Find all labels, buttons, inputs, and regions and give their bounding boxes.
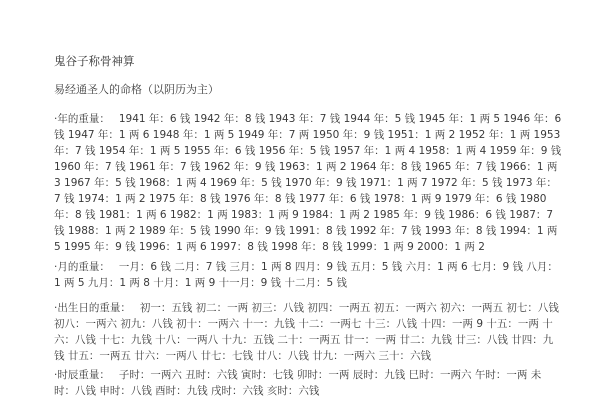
section-month-weight: ·月的重量：一月：6 钱 二月：7 钱 三月：1 两 8 四月：9 钱 五月：5… <box>54 259 562 291</box>
section-day-weight: ·出生日的重量：初一：五钱 初二：一两 初三：八钱 初四：一两五 初五：一两六 … <box>54 300 562 364</box>
section-month-content: 一月：6 钱 二月：7 钱 三月：1 两 8 四月：9 钱 五月：5 钱 六月：… <box>54 261 558 289</box>
page-subtitle: 易经通圣人的命格（以阴历为主） <box>54 82 562 98</box>
section-year-content: 1941 年：6 钱 1942 年：8 钱 1943 年：7 钱 1944 年：… <box>54 113 561 253</box>
section-hour-label: ·时辰重量： <box>54 369 110 381</box>
section-year-label: ·年的重量： <box>54 113 110 125</box>
section-hour-weight: ·时辰重量：子时：一两六 丑时：六钱 寅时：七钱 卯时：一两 辰时：九钱 巳时：… <box>54 367 562 399</box>
document-page: 鬼谷子称骨神算 易经通圣人的命格（以阴历为主） ·年的重量：1941 年：6 钱… <box>0 0 600 400</box>
section-year-weight: ·年的重量：1941 年：6 钱 1942 年：8 钱 1943 年：7 钱 1… <box>54 111 562 255</box>
page-title: 鬼谷子称骨神算 <box>54 53 562 69</box>
section-day-label: ·出生日的重量： <box>54 302 131 314</box>
section-hour-content: 子时：一两六 丑时：六钱 寅时：七钱 卯时：一两 辰时：九钱 巳时：一两六 午时… <box>54 369 541 397</box>
section-month-label: ·月的重量： <box>54 261 110 273</box>
